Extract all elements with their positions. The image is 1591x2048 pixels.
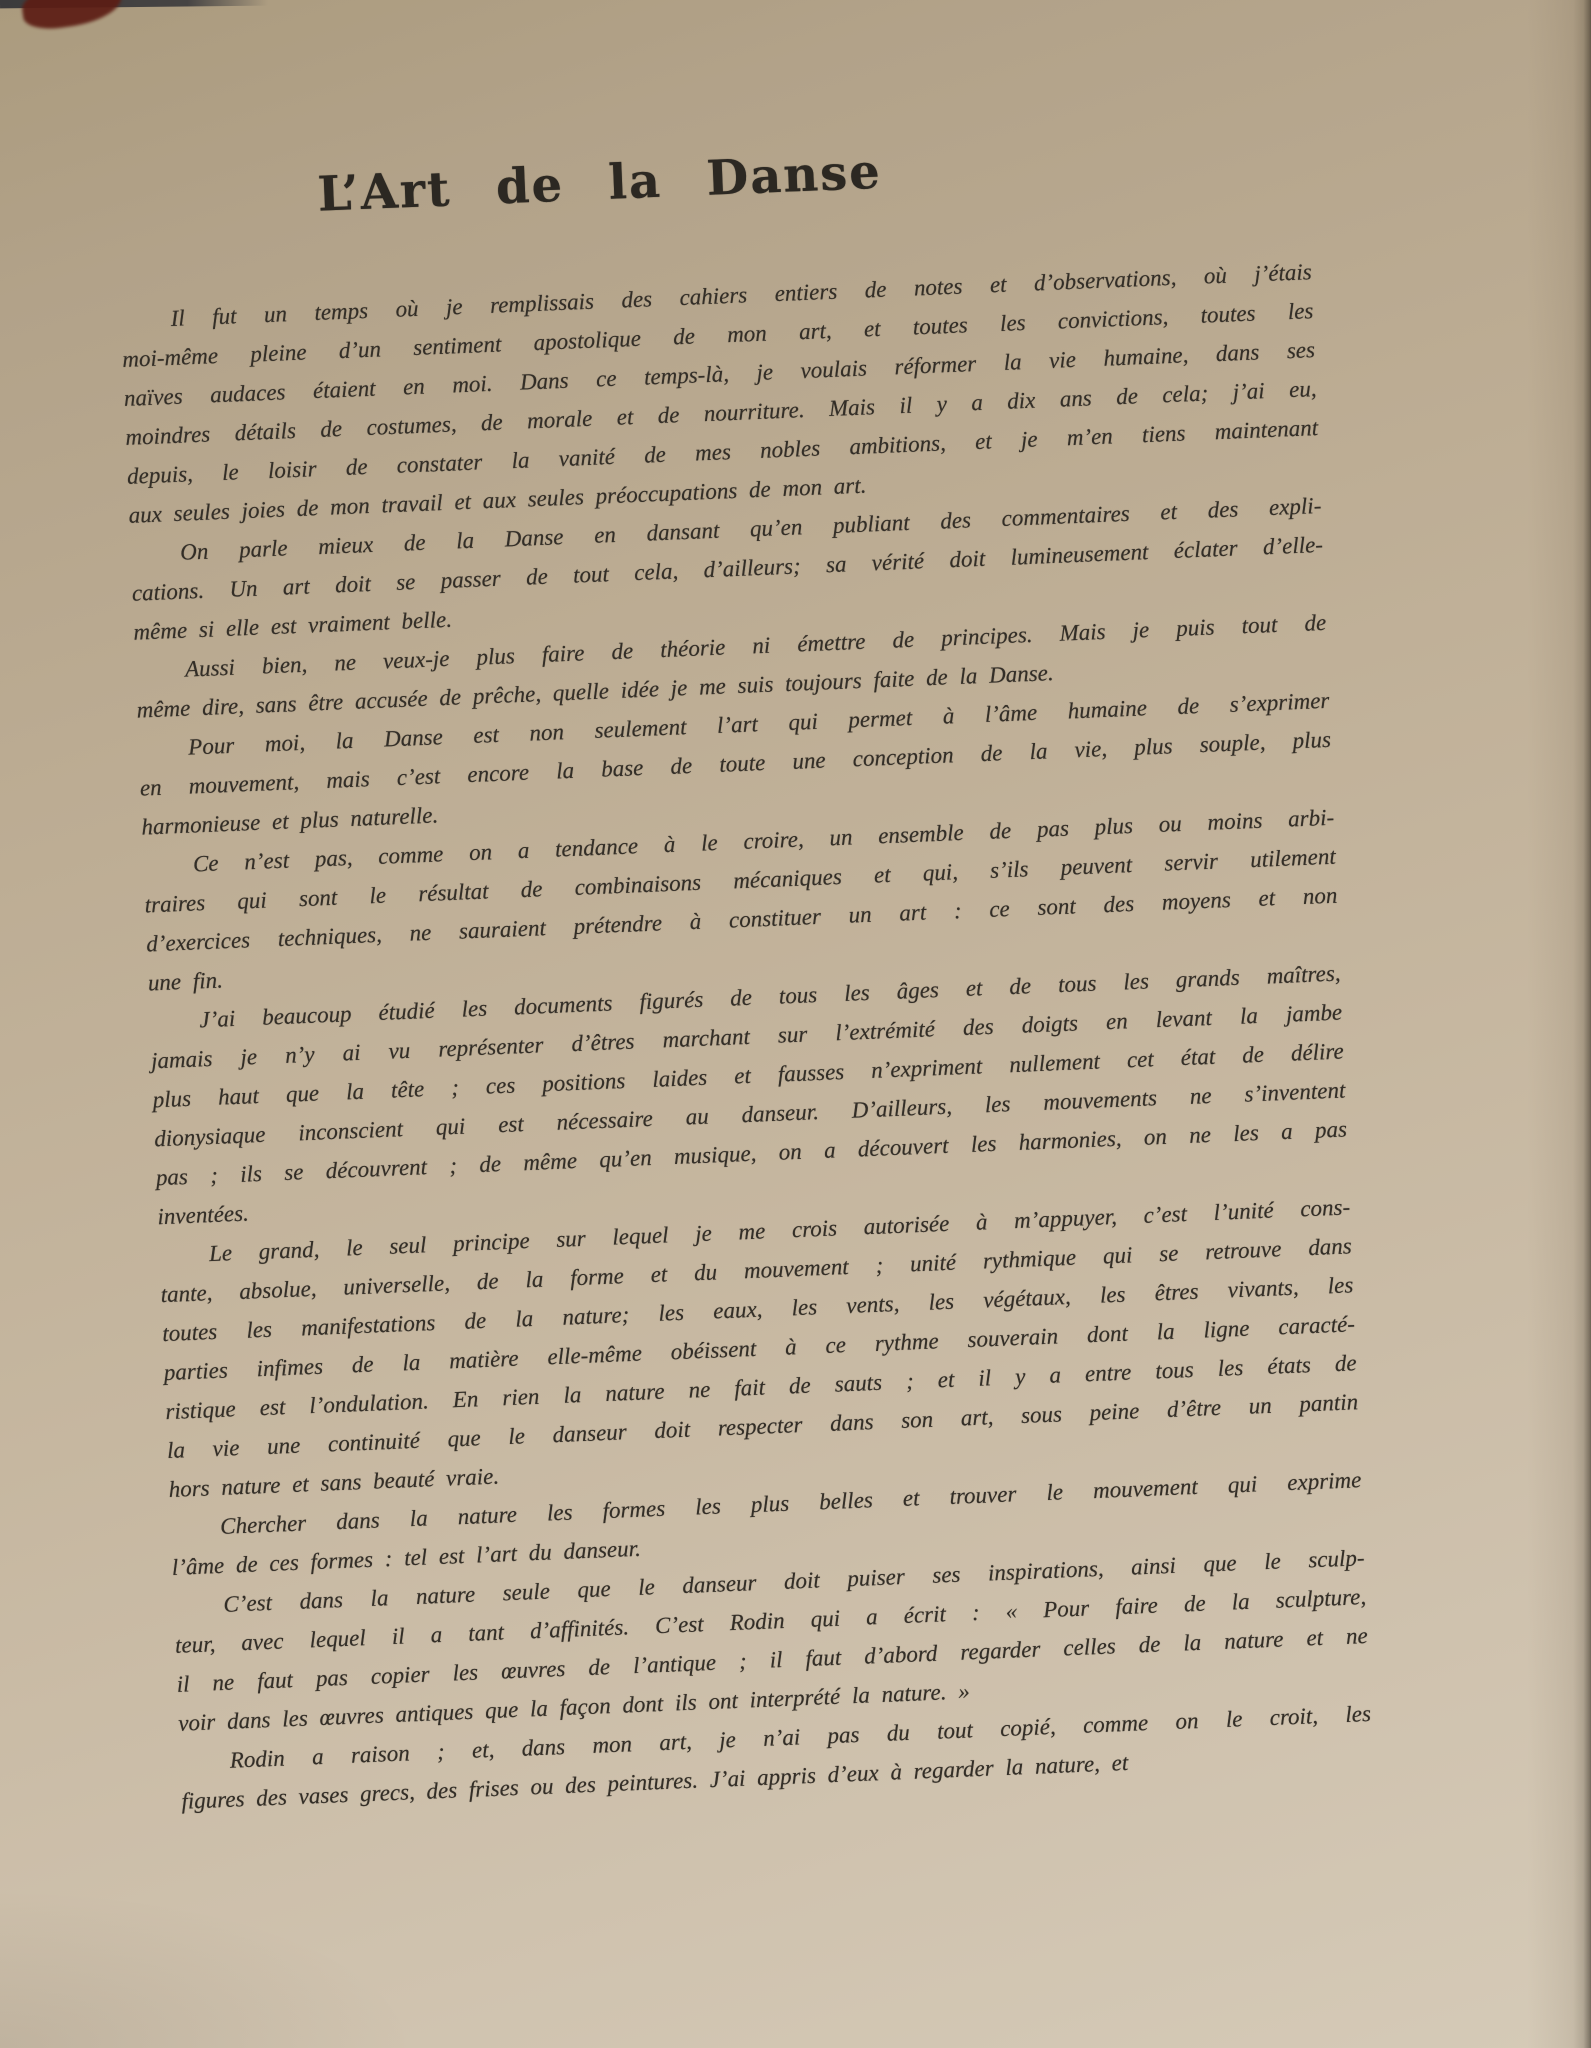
scanned-book-page: { "colors": { "paper": "#c3b49d", "ink":… — [0, 0, 1591, 2048]
printed-content: L’Art de la Danse Il fut un temps où je … — [115, 126, 1374, 1820]
scan-vignette — [0, 1888, 420, 2048]
paragraph: Le grand, le seul principe sur lequel je… — [158, 1187, 1360, 1509]
body-text: Il fut un temps où je remplissais des ca… — [120, 252, 1373, 1821]
page-edge-shadow — [1527, 0, 1591, 2048]
